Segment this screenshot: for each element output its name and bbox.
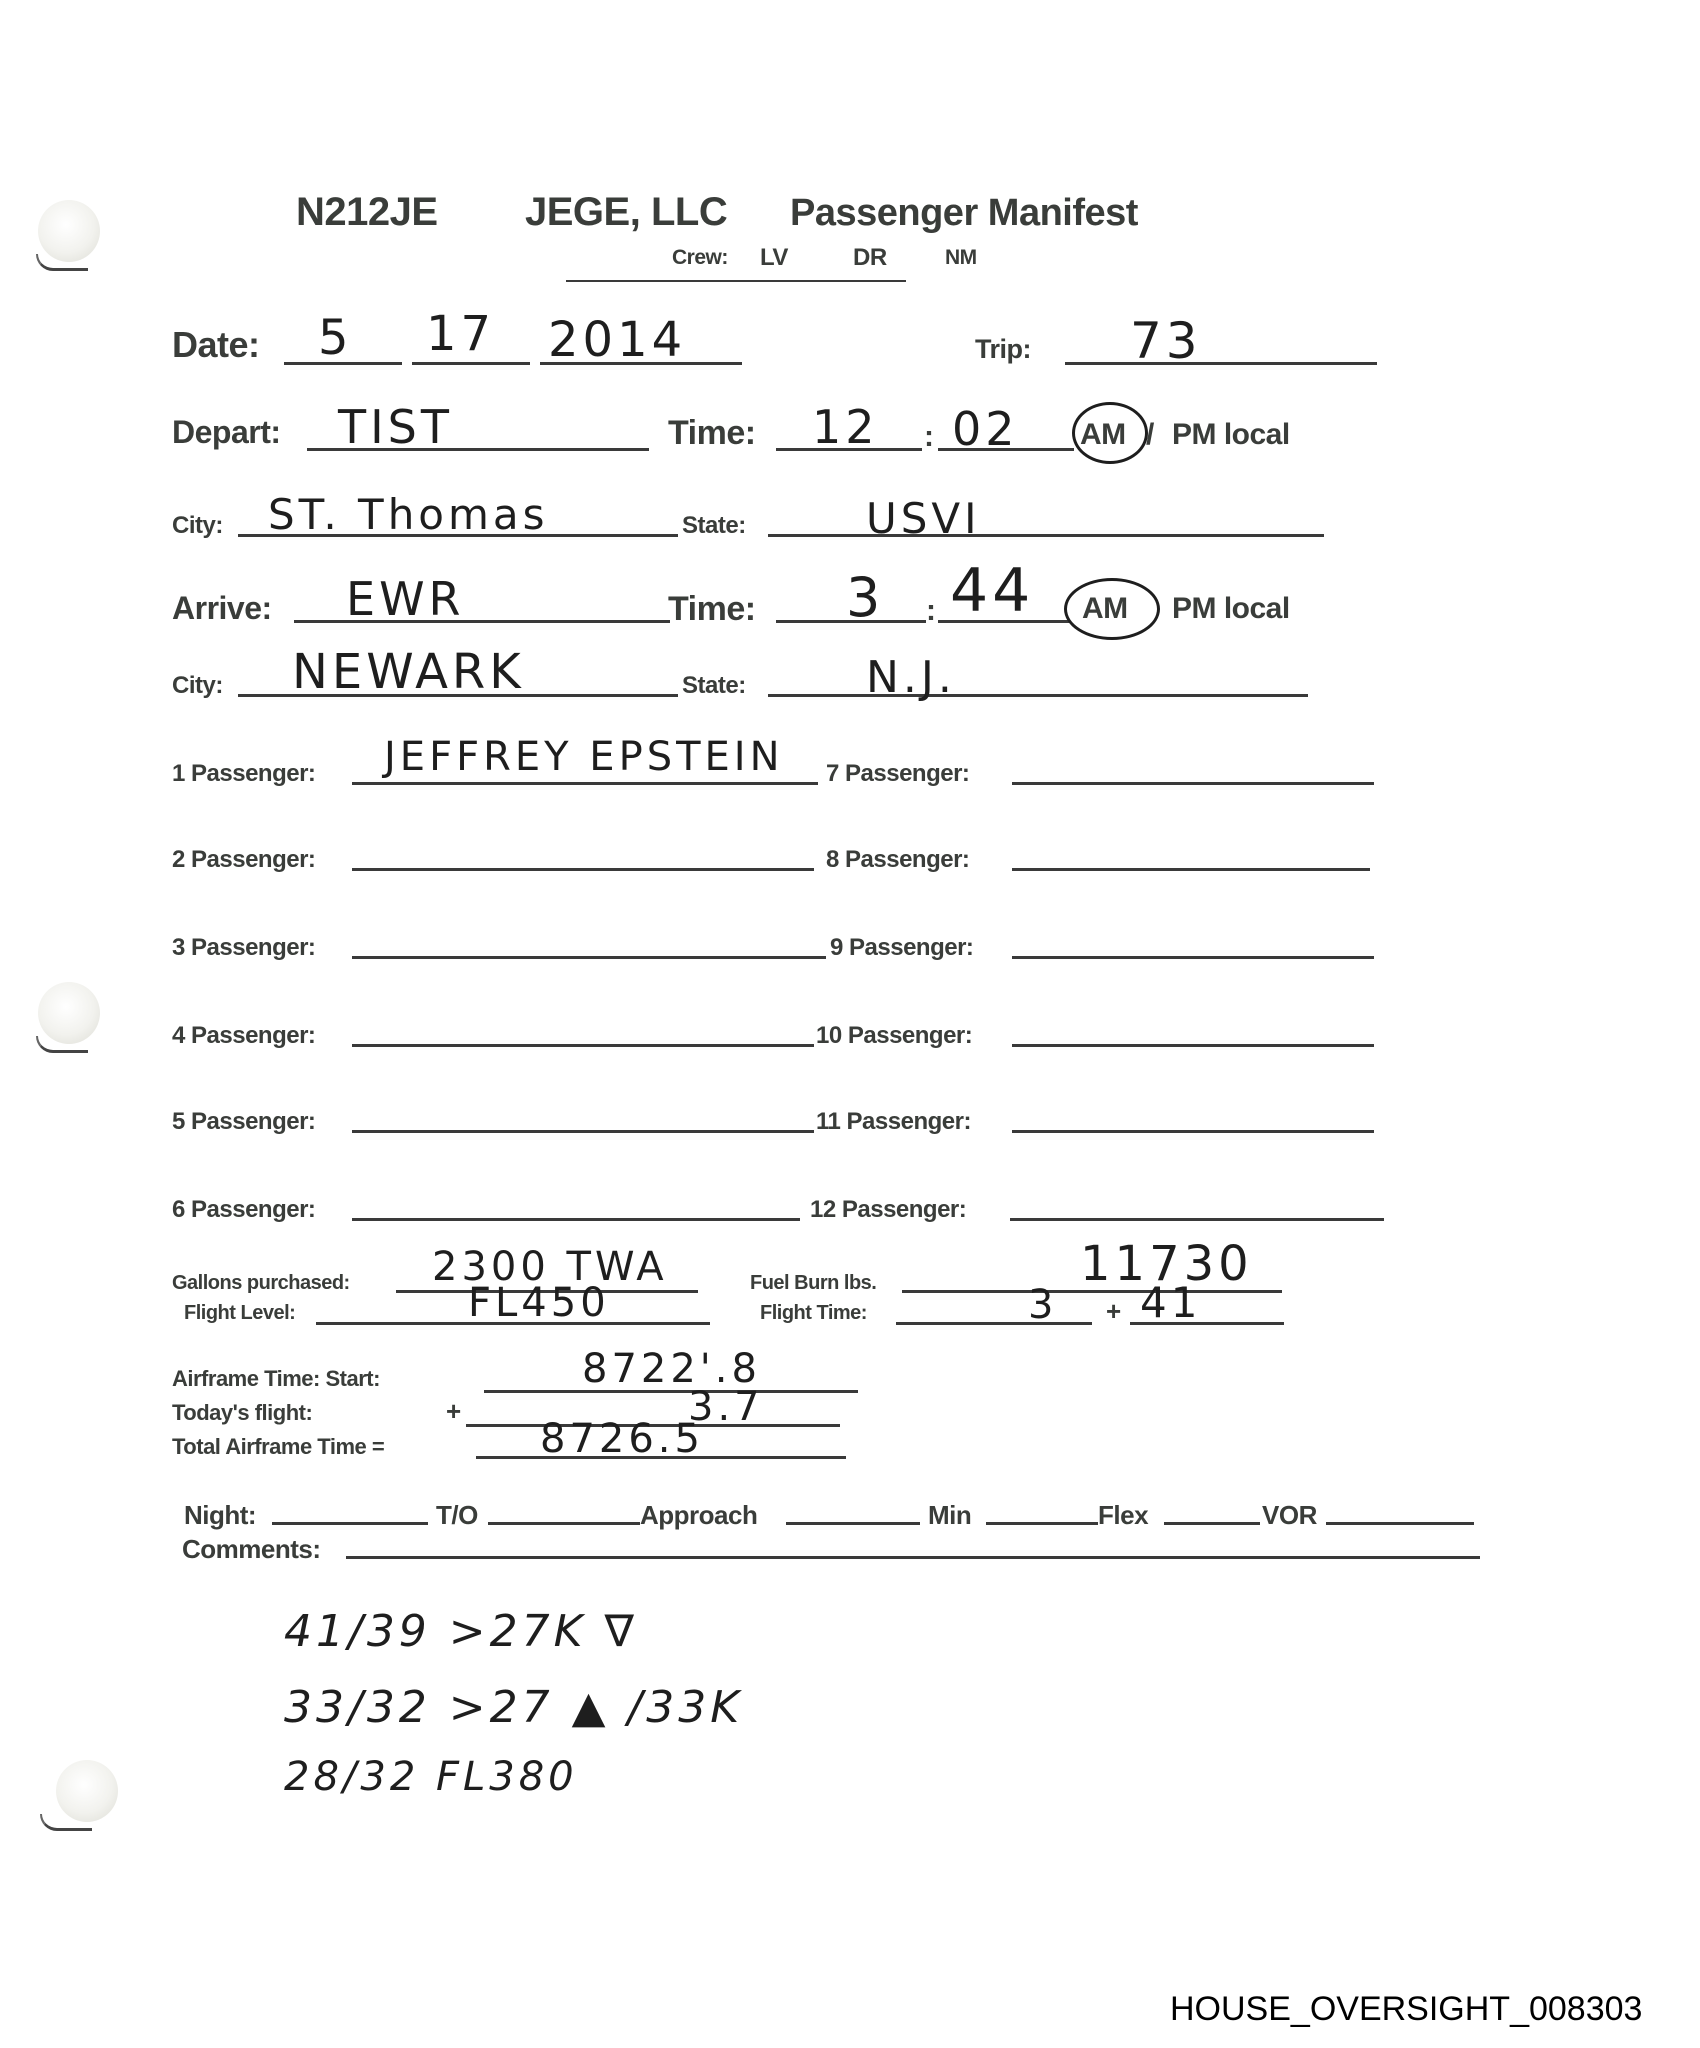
night-label: Night: [184, 1500, 256, 1531]
flex-line [1164, 1522, 1260, 1525]
date-day-line [412, 362, 530, 365]
passenger-1-line [352, 782, 818, 785]
takeoff-line [488, 1522, 640, 1525]
depart-state-label: State: [682, 512, 746, 540]
passenger-5-label: 5 Passenger: [172, 1108, 315, 1136]
flight-time-hours-line [896, 1322, 1092, 1325]
passenger-11-line [1012, 1130, 1374, 1133]
passenger-5-line [352, 1130, 814, 1133]
arrive-am-selected-circle [1064, 578, 1160, 640]
depart-hour[interactable]: 12 [812, 400, 879, 454]
flight-time-hours[interactable]: 3 [1028, 1282, 1057, 1328]
comments-line [346, 1556, 1480, 1559]
trip-number[interactable]: 73 [1130, 312, 1202, 370]
arrive-label: Arrive: [172, 590, 272, 627]
passenger-9-line [1012, 956, 1374, 959]
depart-state-line [768, 534, 1324, 537]
total-airframe[interactable]: 8726.5 [540, 1416, 704, 1462]
passenger-10-line [1012, 1044, 1374, 1047]
flex-label: Flex [1098, 1500, 1148, 1531]
airframe-start-label: Airframe Time: Start: [172, 1366, 380, 1392]
comments-label: Comments: [182, 1534, 321, 1565]
approach-label: Approach [640, 1500, 757, 1531]
date-month[interactable]: 5 [318, 310, 353, 366]
trip-label: Trip: [975, 334, 1031, 365]
passenger-12-label: 12 Passenger: [810, 1196, 966, 1224]
min-line [986, 1522, 1098, 1525]
passenger-10-label: 10 Passenger: [816, 1022, 972, 1050]
tail-number: N212JE [296, 190, 438, 235]
crew-member: DR [853, 244, 887, 272]
passenger-7-label: 7 Passenger: [826, 760, 969, 788]
time-colon: : [924, 420, 934, 454]
header-rule [566, 280, 906, 282]
gallons-purchased-label: Gallons purchased: [172, 1272, 350, 1295]
form-title: Passenger Manifest [790, 192, 1138, 235]
depart-time-label: Time: [668, 414, 756, 453]
comment-line-3[interactable]: 28/32 FL380 [284, 1754, 578, 1800]
flight-time-minutes[interactable]: 41 [1140, 1278, 1201, 1327]
vor-line [1326, 1522, 1474, 1525]
arrive-minute[interactable]: 44 [950, 556, 1034, 626]
todays-flight-label: Today's flight: [172, 1400, 312, 1426]
depart-airport[interactable]: TIST [338, 400, 453, 454]
arrive-city-label: City: [172, 672, 223, 700]
passenger-1-label: 1 Passenger: [172, 760, 315, 788]
flight-level-label: Flight Level: [184, 1302, 295, 1325]
passenger-9-label: 9 Passenger: [830, 934, 973, 962]
comment-line-2[interactable]: 33/32 >27 ▲ /33K [284, 1682, 743, 1733]
total-airframe-label: Total Airframe Time = [172, 1434, 384, 1460]
flight-time-label: Flight Time: [760, 1302, 867, 1325]
passenger-8-label: 8 Passenger: [826, 846, 969, 874]
company-name: JEGE, LLC [525, 190, 727, 235]
binder-hole-shadow [40, 1814, 92, 1831]
trip-line [1065, 362, 1377, 365]
binder-hole [56, 1760, 118, 1822]
passenger-11-label: 11 Passenger: [816, 1108, 971, 1136]
flight-level[interactable]: FL450 [468, 1280, 610, 1326]
night-line [272, 1522, 428, 1525]
date-year[interactable]: 2014 [548, 312, 686, 368]
bates-number: HOUSE_OVERSIGHT_008303 [1170, 1990, 1642, 2029]
approach-line [786, 1522, 920, 1525]
fuel-burn-label: Fuel Burn lbs. [750, 1272, 876, 1295]
crew-member: NM [945, 246, 977, 270]
binder-hole [38, 200, 100, 262]
depart-minute[interactable]: 02 [952, 402, 1019, 456]
arrive-state[interactable]: N.J. [866, 652, 956, 703]
crew-member: LV [760, 244, 788, 272]
arrive-pm-local[interactable]: PM local [1172, 592, 1290, 626]
passenger-8-line [1012, 868, 1370, 871]
passenger-1-name[interactable]: JEFFREY EPSTEIN [384, 734, 784, 780]
passenger-12-line [1010, 1218, 1384, 1221]
arrive-airport[interactable]: EWR [346, 572, 465, 626]
passenger-3-label: 3 Passenger: [172, 934, 315, 962]
binder-hole-shadow [36, 1036, 88, 1053]
arrive-time-label: Time: [668, 590, 756, 629]
time-colon: : [926, 594, 936, 628]
todays-flight-plus: + [446, 1396, 461, 1427]
passenger-2-line [352, 868, 814, 871]
date-day[interactable]: 17 [426, 306, 495, 362]
depart-city-label: City: [172, 512, 223, 540]
arrive-state-line [768, 694, 1308, 697]
arrive-city[interactable]: NEWARK [292, 644, 525, 700]
depart-city[interactable]: ST. Thomas [268, 490, 549, 539]
min-label: Min [928, 1500, 971, 1531]
passenger-4-label: 4 Passenger: [172, 1022, 315, 1050]
binder-hole-shadow [36, 254, 88, 271]
arrive-state-label: State: [682, 672, 746, 700]
binder-hole [38, 982, 100, 1044]
depart-pm-local[interactable]: PM local [1172, 418, 1290, 452]
depart-state[interactable]: USVI [866, 494, 981, 543]
date-label: Date: [172, 324, 260, 366]
depart-label: Depart: [172, 414, 281, 451]
flight-time-plus: + [1106, 1296, 1121, 1327]
passenger-4-line [352, 1044, 814, 1047]
passenger-2-label: 2 Passenger: [172, 846, 315, 874]
takeoff-label: T/O [436, 1500, 478, 1531]
comment-line-1[interactable]: 41/39 >27K ∇ [284, 1606, 638, 1657]
passenger-6-label: 6 Passenger: [172, 1196, 315, 1224]
crew-label: Crew: [672, 246, 728, 270]
passenger-3-line [352, 956, 826, 959]
vor-label: VOR [1262, 1500, 1317, 1531]
depart-separator: / [1146, 418, 1154, 452]
passenger-7-line [1012, 782, 1374, 785]
depart-am-selected-circle [1072, 402, 1148, 464]
passenger-6-line [352, 1218, 800, 1221]
arrive-hour[interactable]: 3 [846, 566, 884, 629]
